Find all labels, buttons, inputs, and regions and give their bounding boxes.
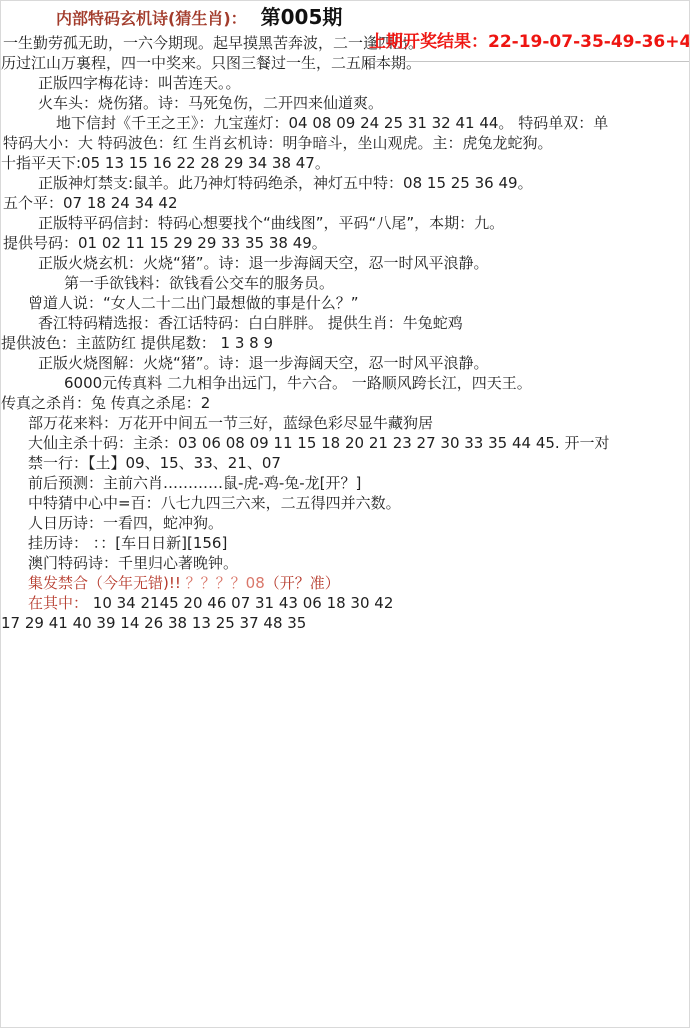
text-segment: ？？？？08	[186, 574, 265, 592]
text-line: 部万花来料：万花开中间五一节三好，蓝绿色彩尽显牛藏狗居	[1, 413, 689, 433]
text-segment: 6000元传真料 二九相争出远门，牛六合。 一路顺风跨长江，四天王。	[64, 374, 532, 392]
last-draw-result: 上期开奖结果：22-19-07-35-49-36+45	[369, 31, 689, 62]
text-segment: 部万花来料：万花开中间五一节三好，蓝绿色彩尽显牛藏狗居	[28, 414, 433, 432]
text-segment: 10 34 2145 20 46 07 31 43 06 18 30 42	[88, 594, 393, 612]
text-segment: 特码大小：大 特码波色：红 生肖玄机诗：明争暗斗，坐山观虎。主：虎兔龙蛇狗。	[3, 134, 553, 152]
text-segment: 第一手欲钱料：欲钱看公交车的服务员。	[64, 274, 334, 292]
text-segment: 挂历诗： ：：[车日日新][156]	[28, 534, 227, 552]
text-segment: 澳门特码诗：千里归心著晚钟。	[28, 554, 238, 572]
text-segment: 17 29 41 40 39 14 26 38 13 25 37 48 35	[1, 614, 306, 632]
text-line: 特码大小：大 特码波色：红 生肖玄机诗：明争暗斗，坐山观虎。主：虎兔龙蛇狗。	[1, 133, 689, 153]
text-segment: 集发禁合（今年无错)!!	[28, 574, 186, 592]
text-line: 地下信封《千王之王》：九宝莲灯：04 08 09 24 25 31 32 41 …	[1, 113, 689, 133]
text-segment: 五个平：07 18 24 34 42	[3, 194, 178, 212]
text-segment: 传真之杀肖：兔 传真之杀尾：2	[1, 394, 210, 412]
text-line: 提供波色：主蓝防红 提供尾数： 1 3 8 9	[1, 333, 689, 353]
text-segment: 前后预测：主前六肖…………鼠-虎-鸡-兔-龙[开？]	[28, 474, 361, 492]
text-segment: 大仙主杀十码：主杀：03 06 08 09 11 15 18 20 21 23 …	[28, 434, 609, 452]
text-line: 十指平天下:05 13 15 16 22 28 29 34 38 47。	[1, 153, 689, 173]
text-segment: 人日历诗：一看四，蛇冲狗。	[28, 514, 223, 532]
text-segment: 禁一行：【土】09、15、33、21、07	[28, 454, 281, 472]
text-line: 中特猜中心中=百：八七九四三六来，二五得四并六数。	[1, 493, 689, 513]
text-segment: 正版火烧图解：火烧“猪”。诗：退一步海阔天空，忍一时风平浪静。	[38, 354, 489, 372]
text-segment: 提供号码：01 02 11 15 29 29 33 35 38 49。	[3, 234, 327, 252]
text-segment: 正版神灯禁支:鼠羊。此乃神灯特码绝杀，神灯五中特：08 15 25 36 49。	[38, 174, 533, 192]
last-draw-label: 上期开奖结果：	[369, 32, 488, 52]
text-line: 人日历诗：一看四，蛇冲狗。	[1, 513, 689, 533]
text-line: 挂历诗： ：：[车日日新][156]	[1, 533, 689, 553]
text-segment: 十指平天下:05 13 15 16 22 28 29 34 38 47。	[1, 154, 330, 172]
text-segment: 火车头：烧伤猪。诗：马死兔伤，二开四来仙道爽。	[38, 94, 383, 112]
text-line: 前后预测：主前六肖…………鼠-虎-鸡-兔-龙[开？]	[1, 473, 689, 493]
text-segment: 正版四字梅花诗：叫苦连天。。	[38, 74, 241, 92]
lottery-tip-sheet: 内部特码玄机诗(猜生肖)：第005期 上期开奖结果：22-19-07-35-49…	[0, 0, 690, 1028]
text-line: 集发禁合（今年无错)!! ？？？？08（开？准）	[1, 573, 689, 593]
text-line: 正版火烧玄机：火烧“猪”。诗：退一步海阔天空，忍一时风平浪静。	[1, 253, 689, 273]
text-line: 提供号码：01 02 11 15 29 29 33 35 38 49。	[1, 233, 689, 253]
text-segment: 曾道人说：“女人二十二出门最想做的事是什么？”	[28, 294, 359, 312]
text-segment: 香江特码精选报：香江话特码：白白胖胖。 提供生肖：牛兔蛇鸡	[38, 314, 463, 332]
title-label: 内部特码玄机诗(猜生肖)：	[56, 9, 247, 28]
text-segment: （开？准）	[265, 574, 340, 592]
text-segment: 地下信封《千王之王》：九宝莲灯：04 08 09 24 25 31 32 41 …	[56, 114, 608, 132]
text-segment: 在其中：	[28, 594, 88, 612]
text-line: 正版火烧图解：火烧“猪”。诗：退一步海阔天空，忍一时风平浪静。	[1, 353, 689, 373]
text-segment: 正版火烧玄机：火烧“猪”。诗：退一步海阔天空，忍一时风平浪静。	[38, 254, 489, 272]
text-line: 曾道人说：“女人二十二出门最想做的事是什么？”	[1, 293, 689, 313]
issue-number: 第005期	[261, 5, 343, 29]
content-lines: 一生勤劳孤无助，一六今期现。起早摸黑苦奔波，二一逢四出。历过江山万裏程，四一中奖…	[1, 33, 689, 633]
text-segment: 历过江山万裏程，四一中奖来。只图三餐过一生，二五厢本期。	[1, 54, 421, 72]
text-line: 正版神灯禁支:鼠羊。此乃神灯特码绝杀，神灯五中特：08 15 25 36 49。	[1, 173, 689, 193]
text-line: 香江特码精选报：香江话特码：白白胖胖。 提供生肖：牛兔蛇鸡	[1, 313, 689, 333]
text-line: 17 29 41 40 39 14 26 38 13 25 37 48 35	[1, 613, 689, 633]
text-segment: 中特猜中心中=百：八七九四三六来，二五得四并六数。	[28, 494, 401, 512]
text-line: 禁一行：【土】09、15、33、21、07	[1, 453, 689, 473]
text-line: 澳门特码诗：千里归心著晚钟。	[1, 553, 689, 573]
text-segment: 一生勤劳孤无助，一六今期现。起早摸黑苦奔波，二一逢四出。	[3, 34, 423, 52]
text-line: 正版四字梅花诗：叫苦连天。。	[1, 73, 689, 93]
text-segment: 提供波色：主蓝防红 提供尾数： 1 3 8 9	[1, 334, 273, 352]
page-title: 内部特码玄机诗(猜生肖)：第005期	[1, 1, 689, 33]
text-line: 在其中： 10 34 2145 20 46 07 31 43 06 18 30 …	[1, 593, 689, 613]
text-line: 6000元传真料 二九相争出远门，牛六合。 一路顺风跨长江，四天王。	[1, 373, 689, 393]
last-draw-numbers: 22-19-07-35-49-36+45	[488, 32, 690, 52]
text-line: 火车头：烧伤猪。诗：马死兔伤，二开四来仙道爽。	[1, 93, 689, 113]
text-segment: 正版特平码信封：特码心想要找个“曲线图”，平码“八尾”，本期：九。	[38, 214, 504, 232]
text-line: 五个平：07 18 24 34 42	[1, 193, 689, 213]
text-line: 大仙主杀十码：主杀：03 06 08 09 11 15 18 20 21 23 …	[1, 433, 689, 453]
text-line: 正版特平码信封：特码心想要找个“曲线图”，平码“八尾”，本期：九。	[1, 213, 689, 233]
text-line: 第一手欲钱料：欲钱看公交车的服务员。	[1, 273, 689, 293]
text-line: 传真之杀肖：兔 传真之杀尾：2	[1, 393, 689, 413]
